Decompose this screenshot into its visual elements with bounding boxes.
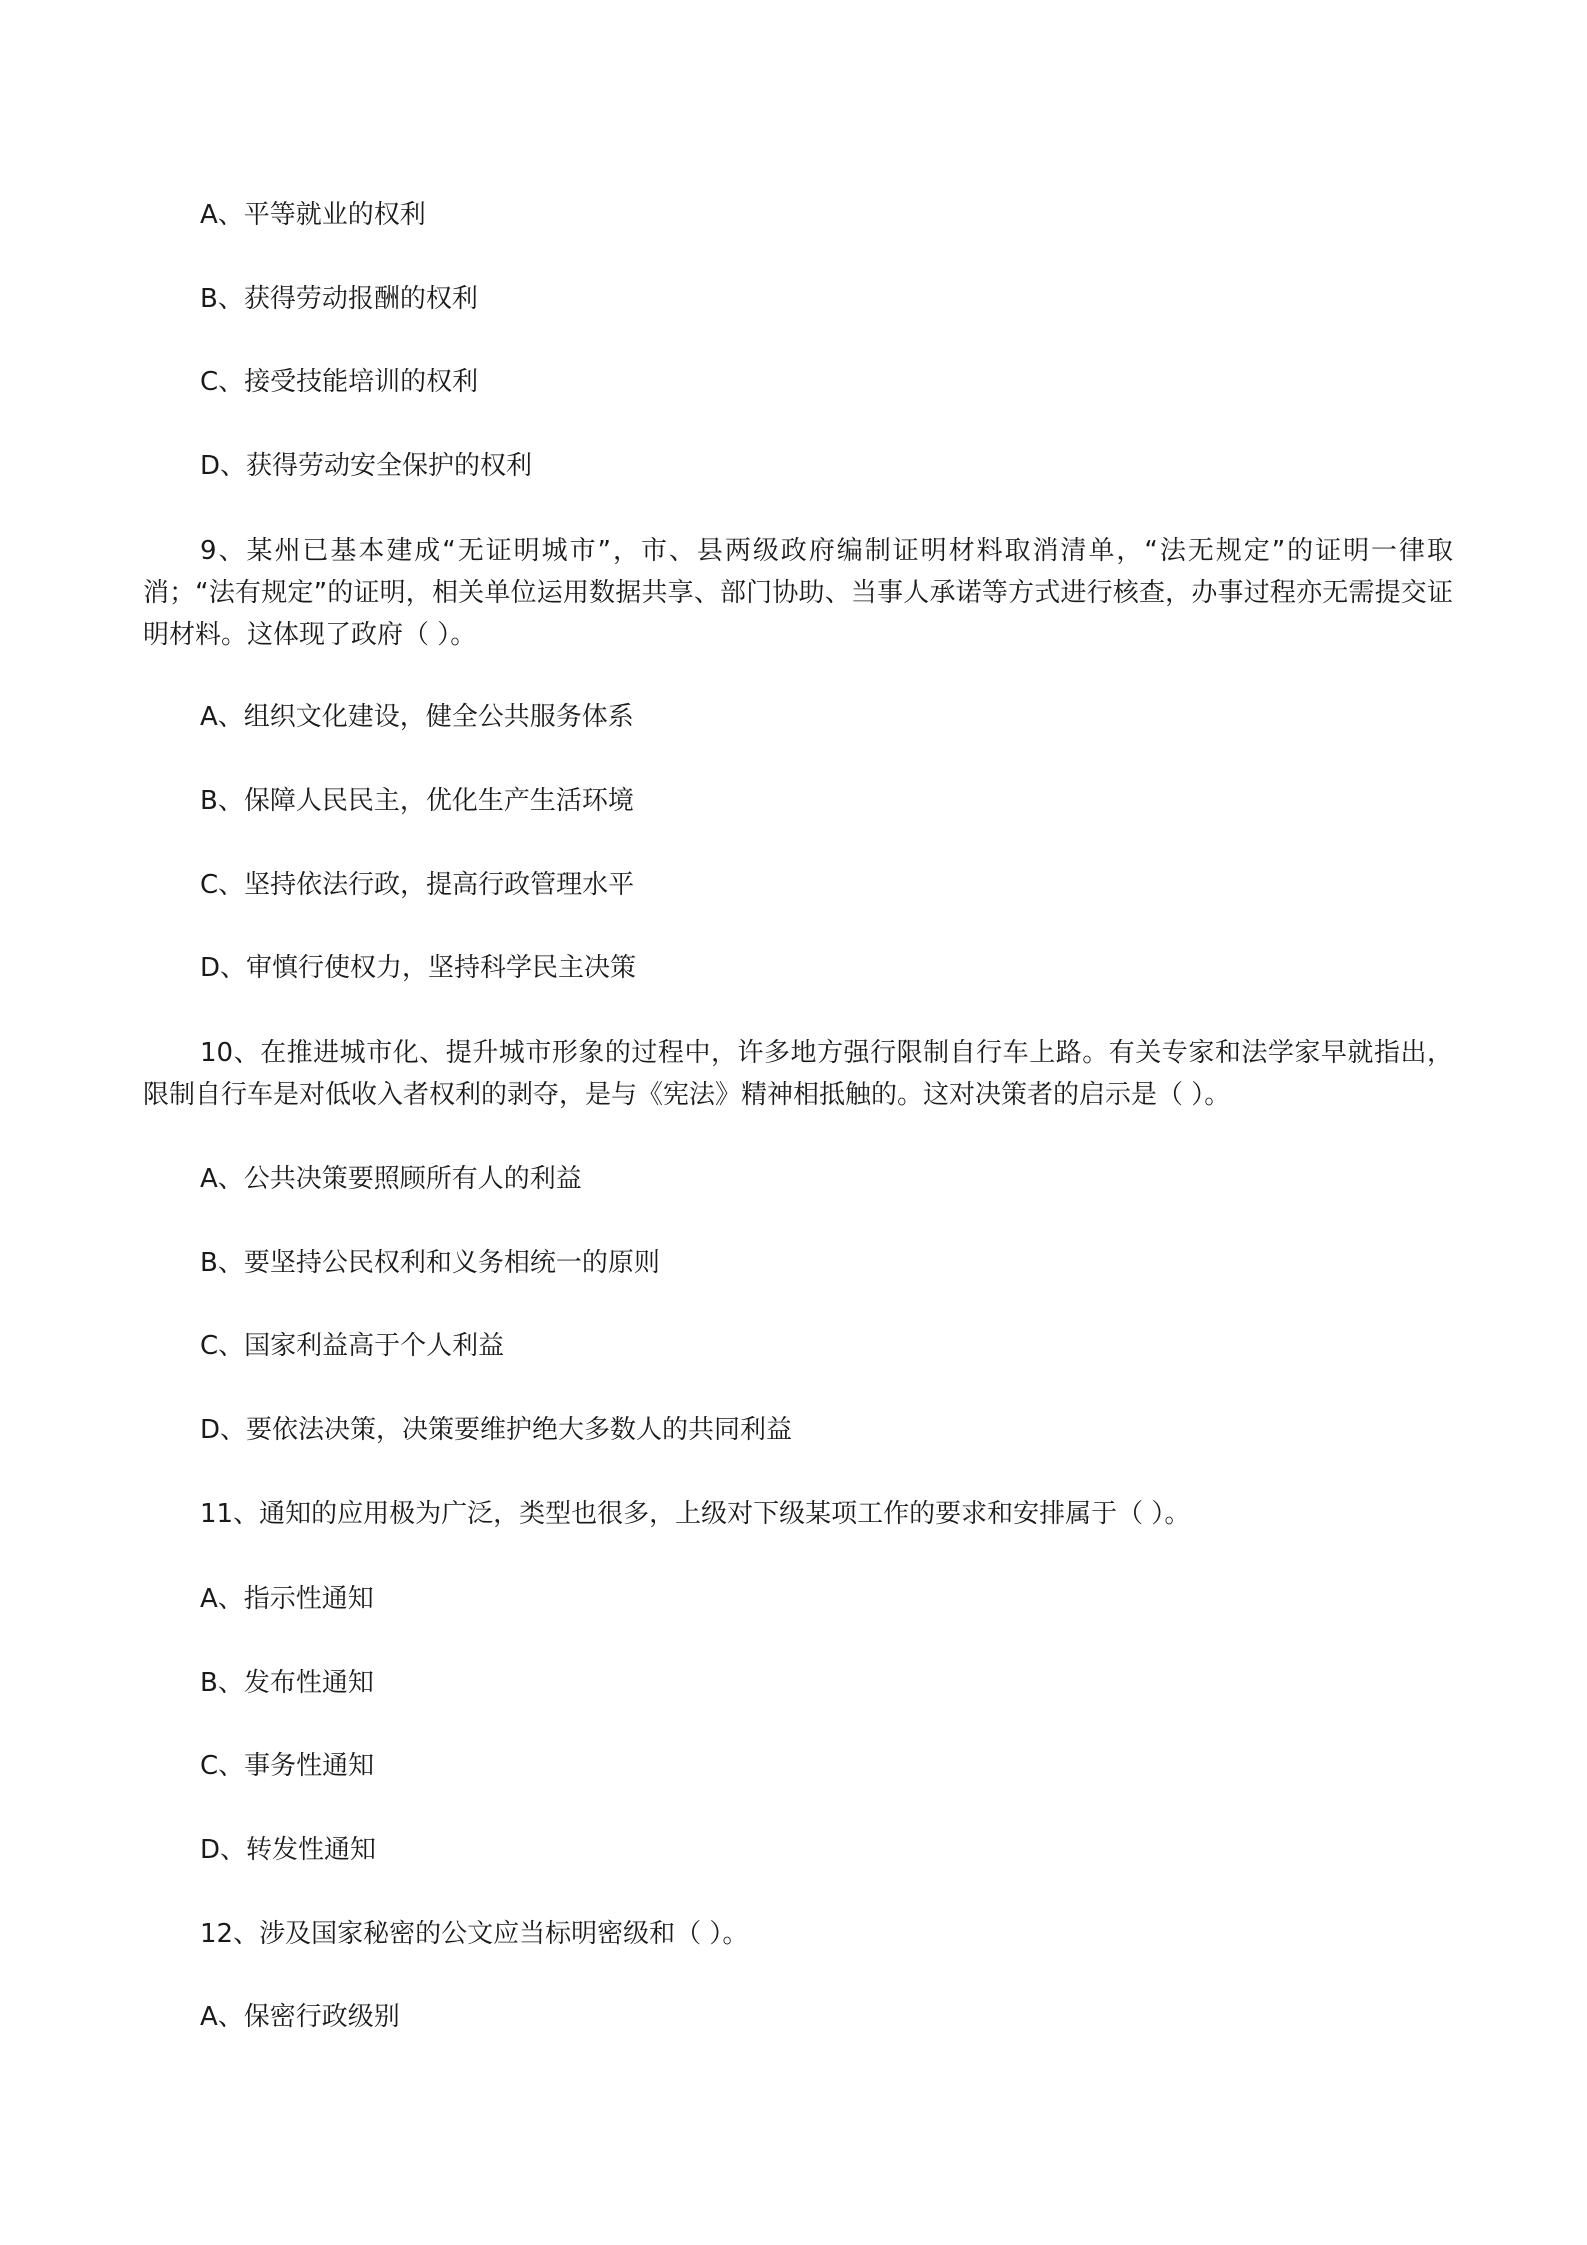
question-11-text: 11、通知的应用极为广泛，类型也很多，上级对下级某项工作的要求和安排属于（ ）。 (143, 1493, 1453, 1535)
question-10-text: 10、在推进城市化、提升城市形象的过程中，许多地方强行限制自行车上路。有关专家和… (143, 1032, 1453, 1116)
q9-option-d: D、审慎行使权力，坚持科学民主决策 (200, 950, 636, 986)
question-9-text: 9、某州已基本建成“无证明城市”，市、县两级政府编制证明材料取消清单，“法无规定… (143, 530, 1453, 656)
q10-option-c: C、国家利益高于个人利益 (200, 1328, 504, 1364)
document-page: A、平等就业的权利 B、获得劳动报酬的权利 C、接受技能培训的权利 D、获得劳动… (0, 0, 1587, 2245)
q9-option-b: B、保障人民民主，优化生产生活环境 (200, 783, 634, 819)
q8-option-b: B、获得劳动报酬的权利 (200, 281, 478, 317)
q12-option-a: A、保密行政级别 (200, 1999, 400, 2035)
q8-option-c: C、接受技能培训的权利 (200, 364, 478, 400)
q11-option-c: C、事务性通知 (200, 1748, 374, 1784)
q11-option-a: A、指示性通知 (200, 1581, 374, 1617)
q9-option-a: A、组织文化建设，健全公共服务体系 (200, 699, 634, 735)
q8-option-d: D、获得劳动安全保护的权利 (200, 448, 532, 484)
q10-option-d: D、要依法决策，决策要维护绝大多数人的共同利益 (200, 1412, 792, 1448)
q8-option-a: A、平等就业的权利 (200, 197, 426, 233)
q10-option-b: B、要坚持公民权利和义务相统一的原则 (200, 1245, 660, 1281)
q10-option-a: A、公共决策要照顾所有人的利益 (200, 1161, 582, 1197)
q9-option-c: C、坚持依法行政，提高行政管理水平 (200, 867, 634, 903)
q11-option-b: B、发布性通知 (200, 1665, 374, 1701)
q11-option-d: D、转发性通知 (200, 1832, 376, 1868)
question-12-text: 12、涉及国家秘密的公文应当标明密级和（ ）。 (143, 1913, 1453, 1955)
